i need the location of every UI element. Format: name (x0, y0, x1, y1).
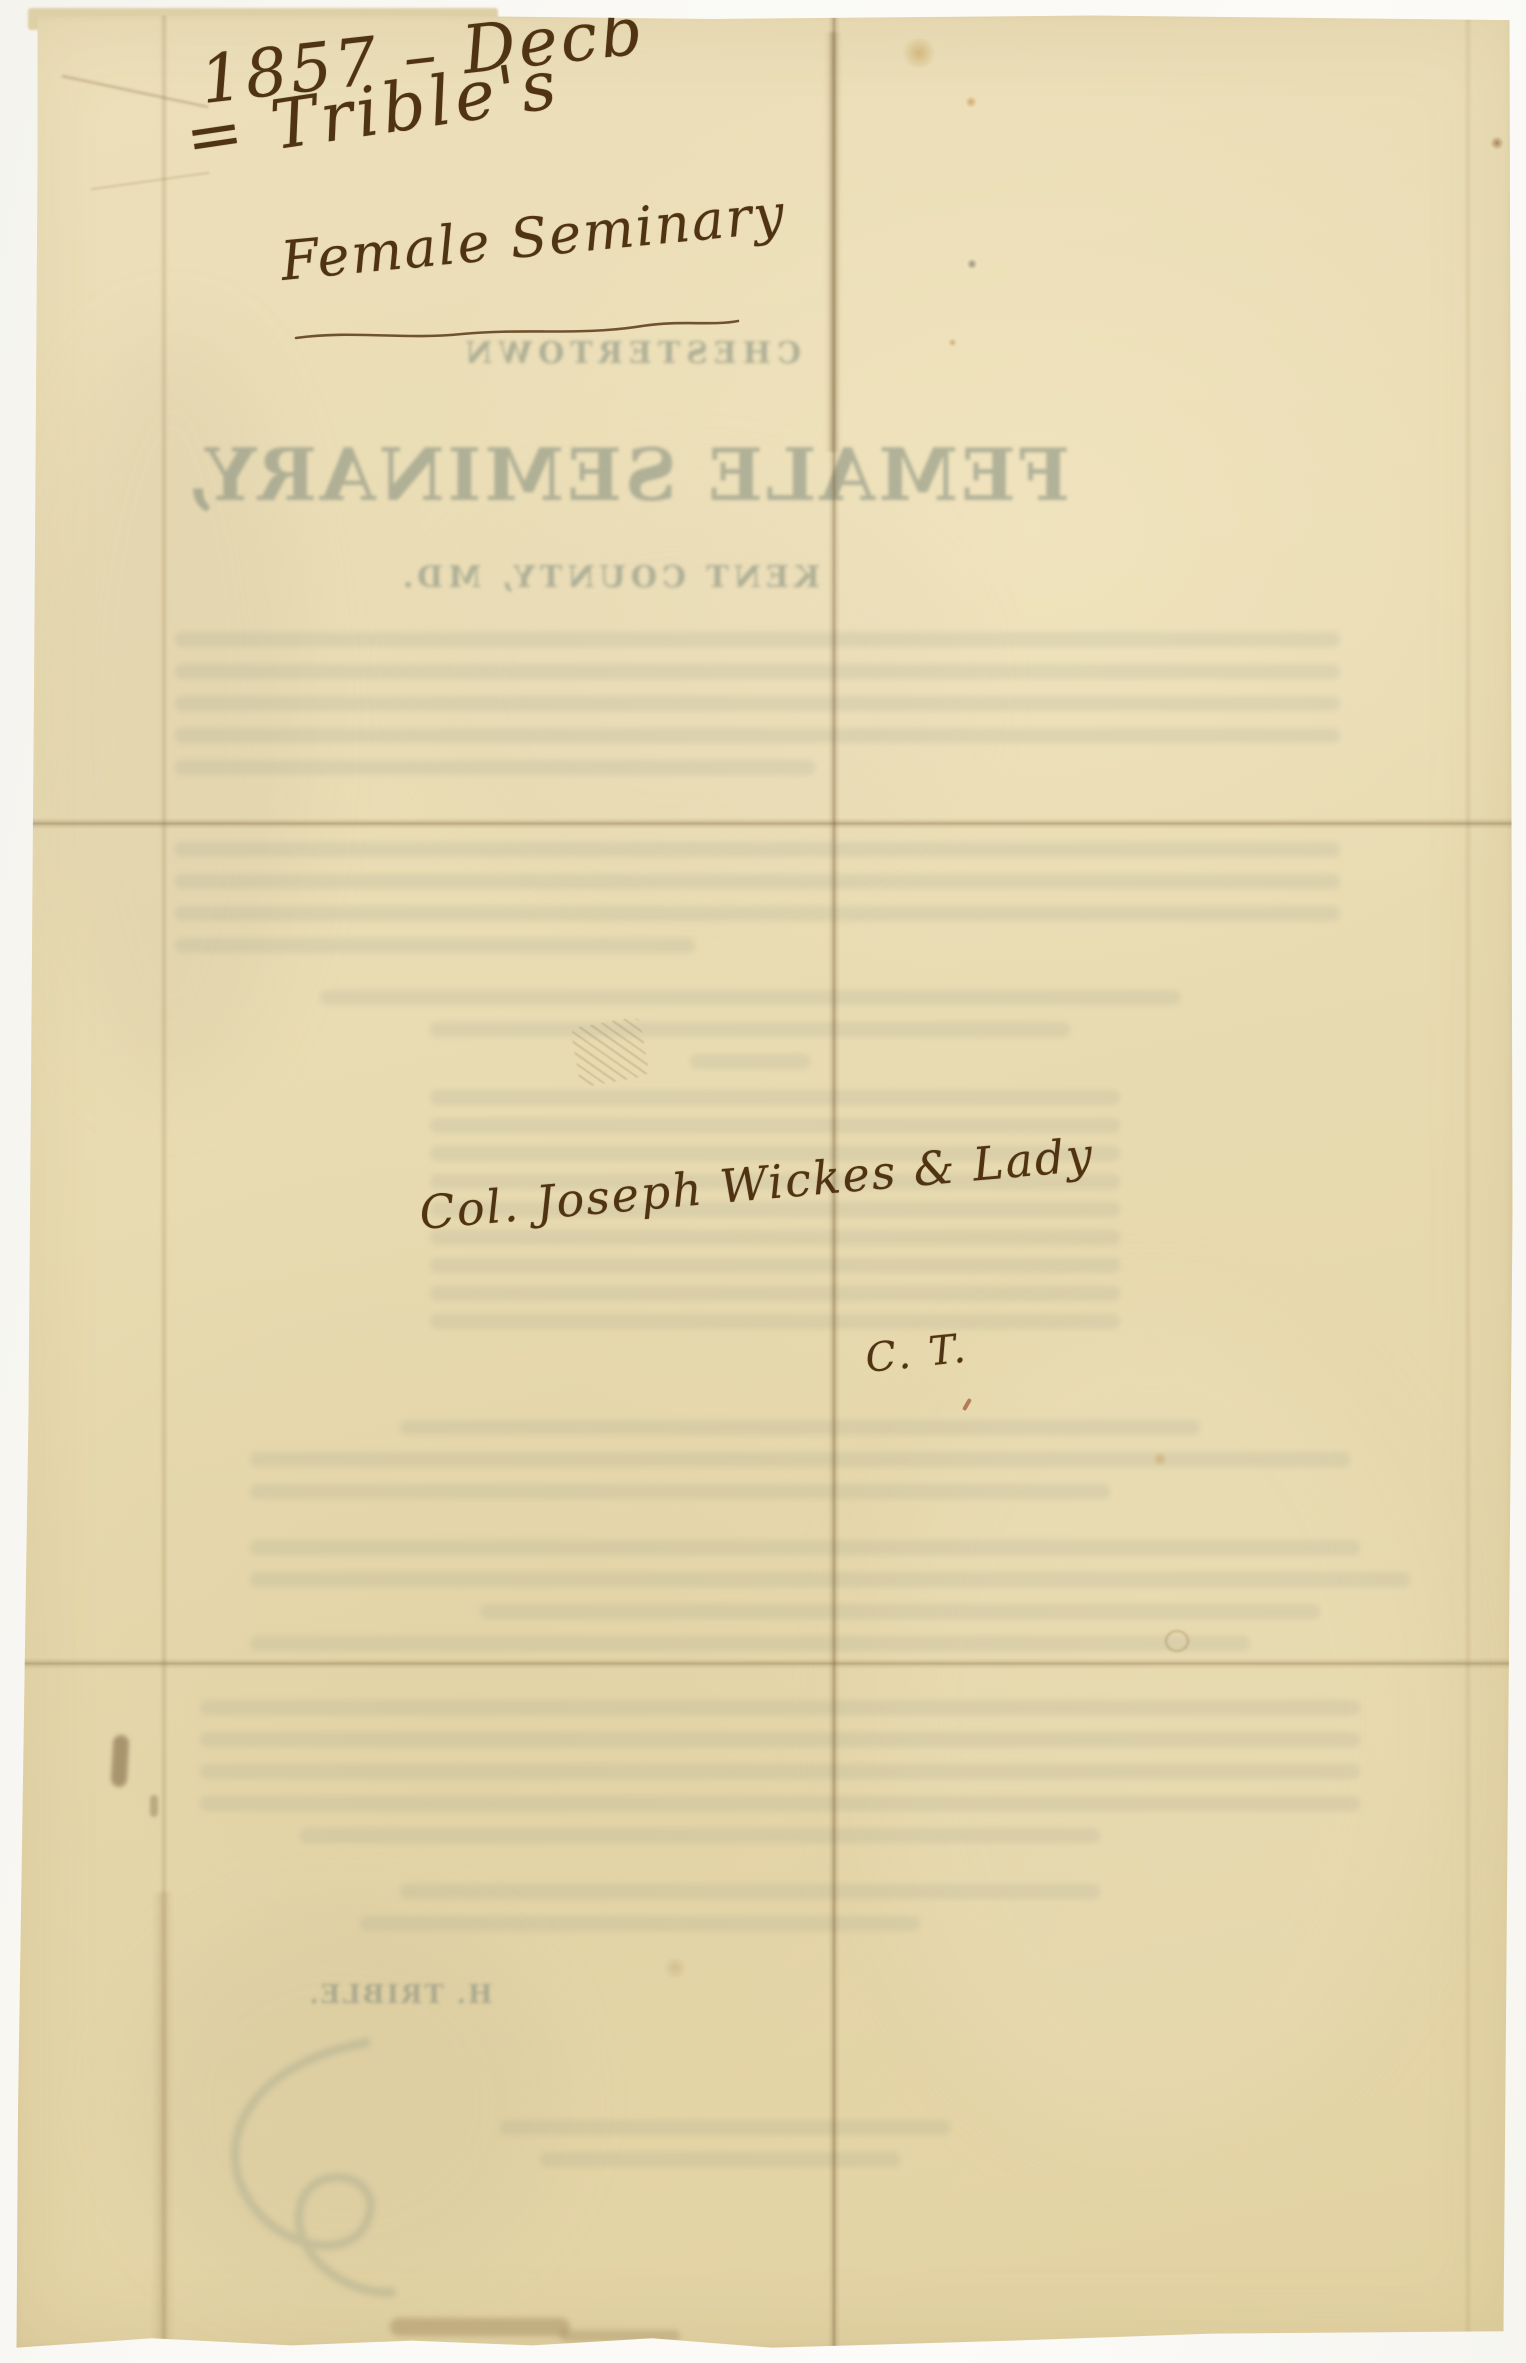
right-edge-crease (1464, 12, 1472, 2350)
bleed-county-text: KENT COUNTY, MD. (410, 560, 820, 595)
bleed-through-line (200, 1732, 1360, 1747)
bleed-through-line (200, 1764, 1360, 1779)
bleed-through-line (500, 2120, 950, 2135)
subject-underline-flourish (292, 312, 742, 346)
fold-crease-vertical-top-dark (824, 32, 842, 452)
bleed-through-line (175, 664, 1340, 679)
bleed-ornament-curl (190, 2022, 400, 2312)
stain (965, 96, 977, 108)
handwritten-subject: Female Seminary (278, 182, 789, 293)
bleed-through-line (320, 990, 1180, 1005)
bleed-through-line (430, 1022, 1070, 1037)
bleed-signature-text: H. TRIBLE. (300, 1980, 500, 2010)
left-edge-crease-lower-shadow (152, 1892, 174, 2350)
bottom-edge-smudge (560, 2330, 680, 2342)
bleed-through-line (250, 1452, 1350, 1467)
fold-crease-horizontal-lower (12, 1658, 1514, 1669)
bleed-through-line (430, 1258, 1120, 1273)
bleed-through-line (175, 728, 1340, 743)
bleed-through-line (430, 1230, 1120, 1245)
stain (111, 1735, 130, 1788)
stain (1490, 136, 1504, 150)
handwritten-initials: C. T. (863, 1325, 970, 1382)
bleed-through-line (250, 1484, 1110, 1499)
bleed-through-line (175, 906, 1340, 921)
aging-cloud (432, 492, 952, 872)
bleed-through-line (175, 760, 815, 775)
stain (900, 38, 938, 68)
handwritten-recipient: Col. Joseph Wickes & Lady (417, 1127, 1096, 1240)
bleed-through-line (540, 2152, 900, 2167)
fold-crease-horizontal-upper (12, 818, 1514, 829)
bleed-through-line (175, 874, 1340, 889)
bleed-through-line (690, 1054, 810, 1069)
bleed-through-line (175, 696, 1340, 711)
stain (150, 1795, 158, 1817)
bleed-through-line (400, 1420, 1200, 1435)
stain (948, 338, 957, 347)
bleed-through-line (175, 938, 695, 953)
stain (962, 1398, 972, 1411)
bleed-through-line (250, 1636, 1250, 1651)
bleed-through-line (175, 632, 1340, 647)
paper-sheet: CHESTERTOWN FEMALE SEMINARY, KENT COUNTY… (12, 12, 1514, 2350)
bleed-through-line (430, 1118, 1120, 1133)
bleed-through-line (430, 1090, 1120, 1105)
bleed-through-line (430, 1286, 1120, 1301)
bottom-edge-smudge (390, 2318, 570, 2336)
stain (967, 258, 977, 270)
bleed-through-line (250, 1540, 1360, 1555)
bleed-through-line (200, 1700, 1360, 1715)
bleed-through-line (200, 1796, 1360, 1811)
aging-cloud (872, 1312, 1432, 2132)
bleed-title-text: FEMALE SEMINARY, (300, 432, 1070, 517)
document-photo: CHESTERTOWN FEMALE SEMINARY, KENT COUNTY… (0, 0, 1526, 2363)
bleed-through-line (480, 1604, 1320, 1619)
bleed-through-line (300, 1828, 1100, 1843)
bleed-through-line (175, 842, 1340, 857)
stain (660, 1958, 690, 1978)
bleed-through-line (400, 1884, 1100, 1899)
bleed-through-line (430, 1314, 1120, 1329)
